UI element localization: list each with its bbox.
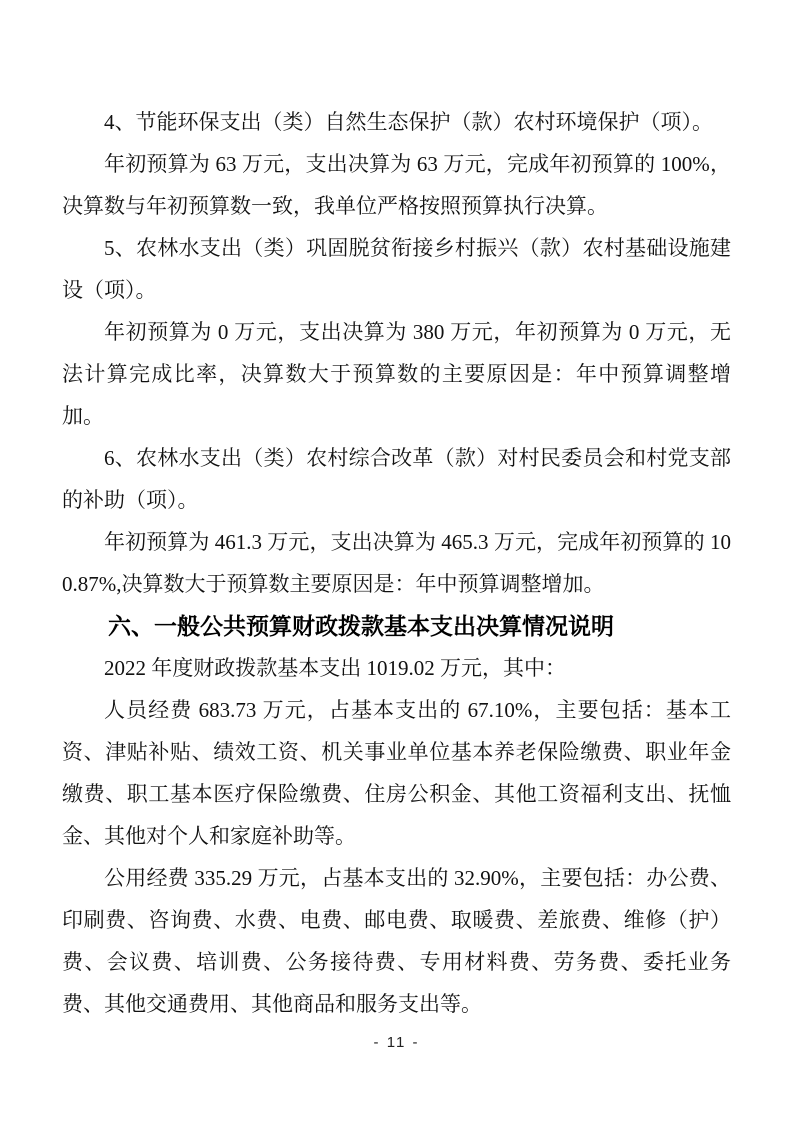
para-item6-detail: 年初预算为 461.3 万元，支出决算为 465.3 万元，完成年初预算的 10… [62, 521, 731, 605]
document-page: 4、节能环保支出（类）自然生态保护（款）农村环境保护（项）。 年初预算为 63 … [0, 0, 793, 1122]
para-item4-title: 4、节能环保支出（类）自然生态保护（款）农村环境保护（项）。 [62, 101, 731, 143]
para-public-expenses: 公用经费 335.29 万元，占基本支出的 32.90%，主要包括：办公费、印刷… [62, 857, 731, 1025]
document-body: 4、节能环保支出（类）自然生态保护（款）农村环境保护（项）。 年初预算为 63 … [62, 101, 731, 1025]
page-number: - 11 - [374, 1034, 420, 1051]
para-item5-detail: 年初预算为 0 万元，支出决算为 380 万元，年初预算为 0 万元，无法计算完… [62, 311, 731, 437]
para-basic-expenditure-total: 2022 年度财政拨款基本支出 1019.02 万元，其中： [62, 647, 731, 689]
para-personnel-expenses: 人员经费 683.73 万元，占基本支出的 67.10%，主要包括：基本工资、津… [62, 689, 731, 857]
para-item4-detail: 年初预算为 63 万元，支出决算为 63 万元，完成年初预算的 100%，决算数… [62, 143, 731, 227]
para-item5-title: 5、农林水支出（类）巩固脱贫衔接乡村振兴（款）农村基础设施建设（项）。 [62, 227, 731, 311]
section-six-heading: 六、一般公共预算财政拨款基本支出决算情况说明 [62, 605, 731, 647]
para-item6-title: 6、农林水支出（类）农村综合改革（款）对村民委员会和村党支部的补助（项）。 [62, 437, 731, 521]
page-footer: - 11 - [0, 1034, 793, 1052]
